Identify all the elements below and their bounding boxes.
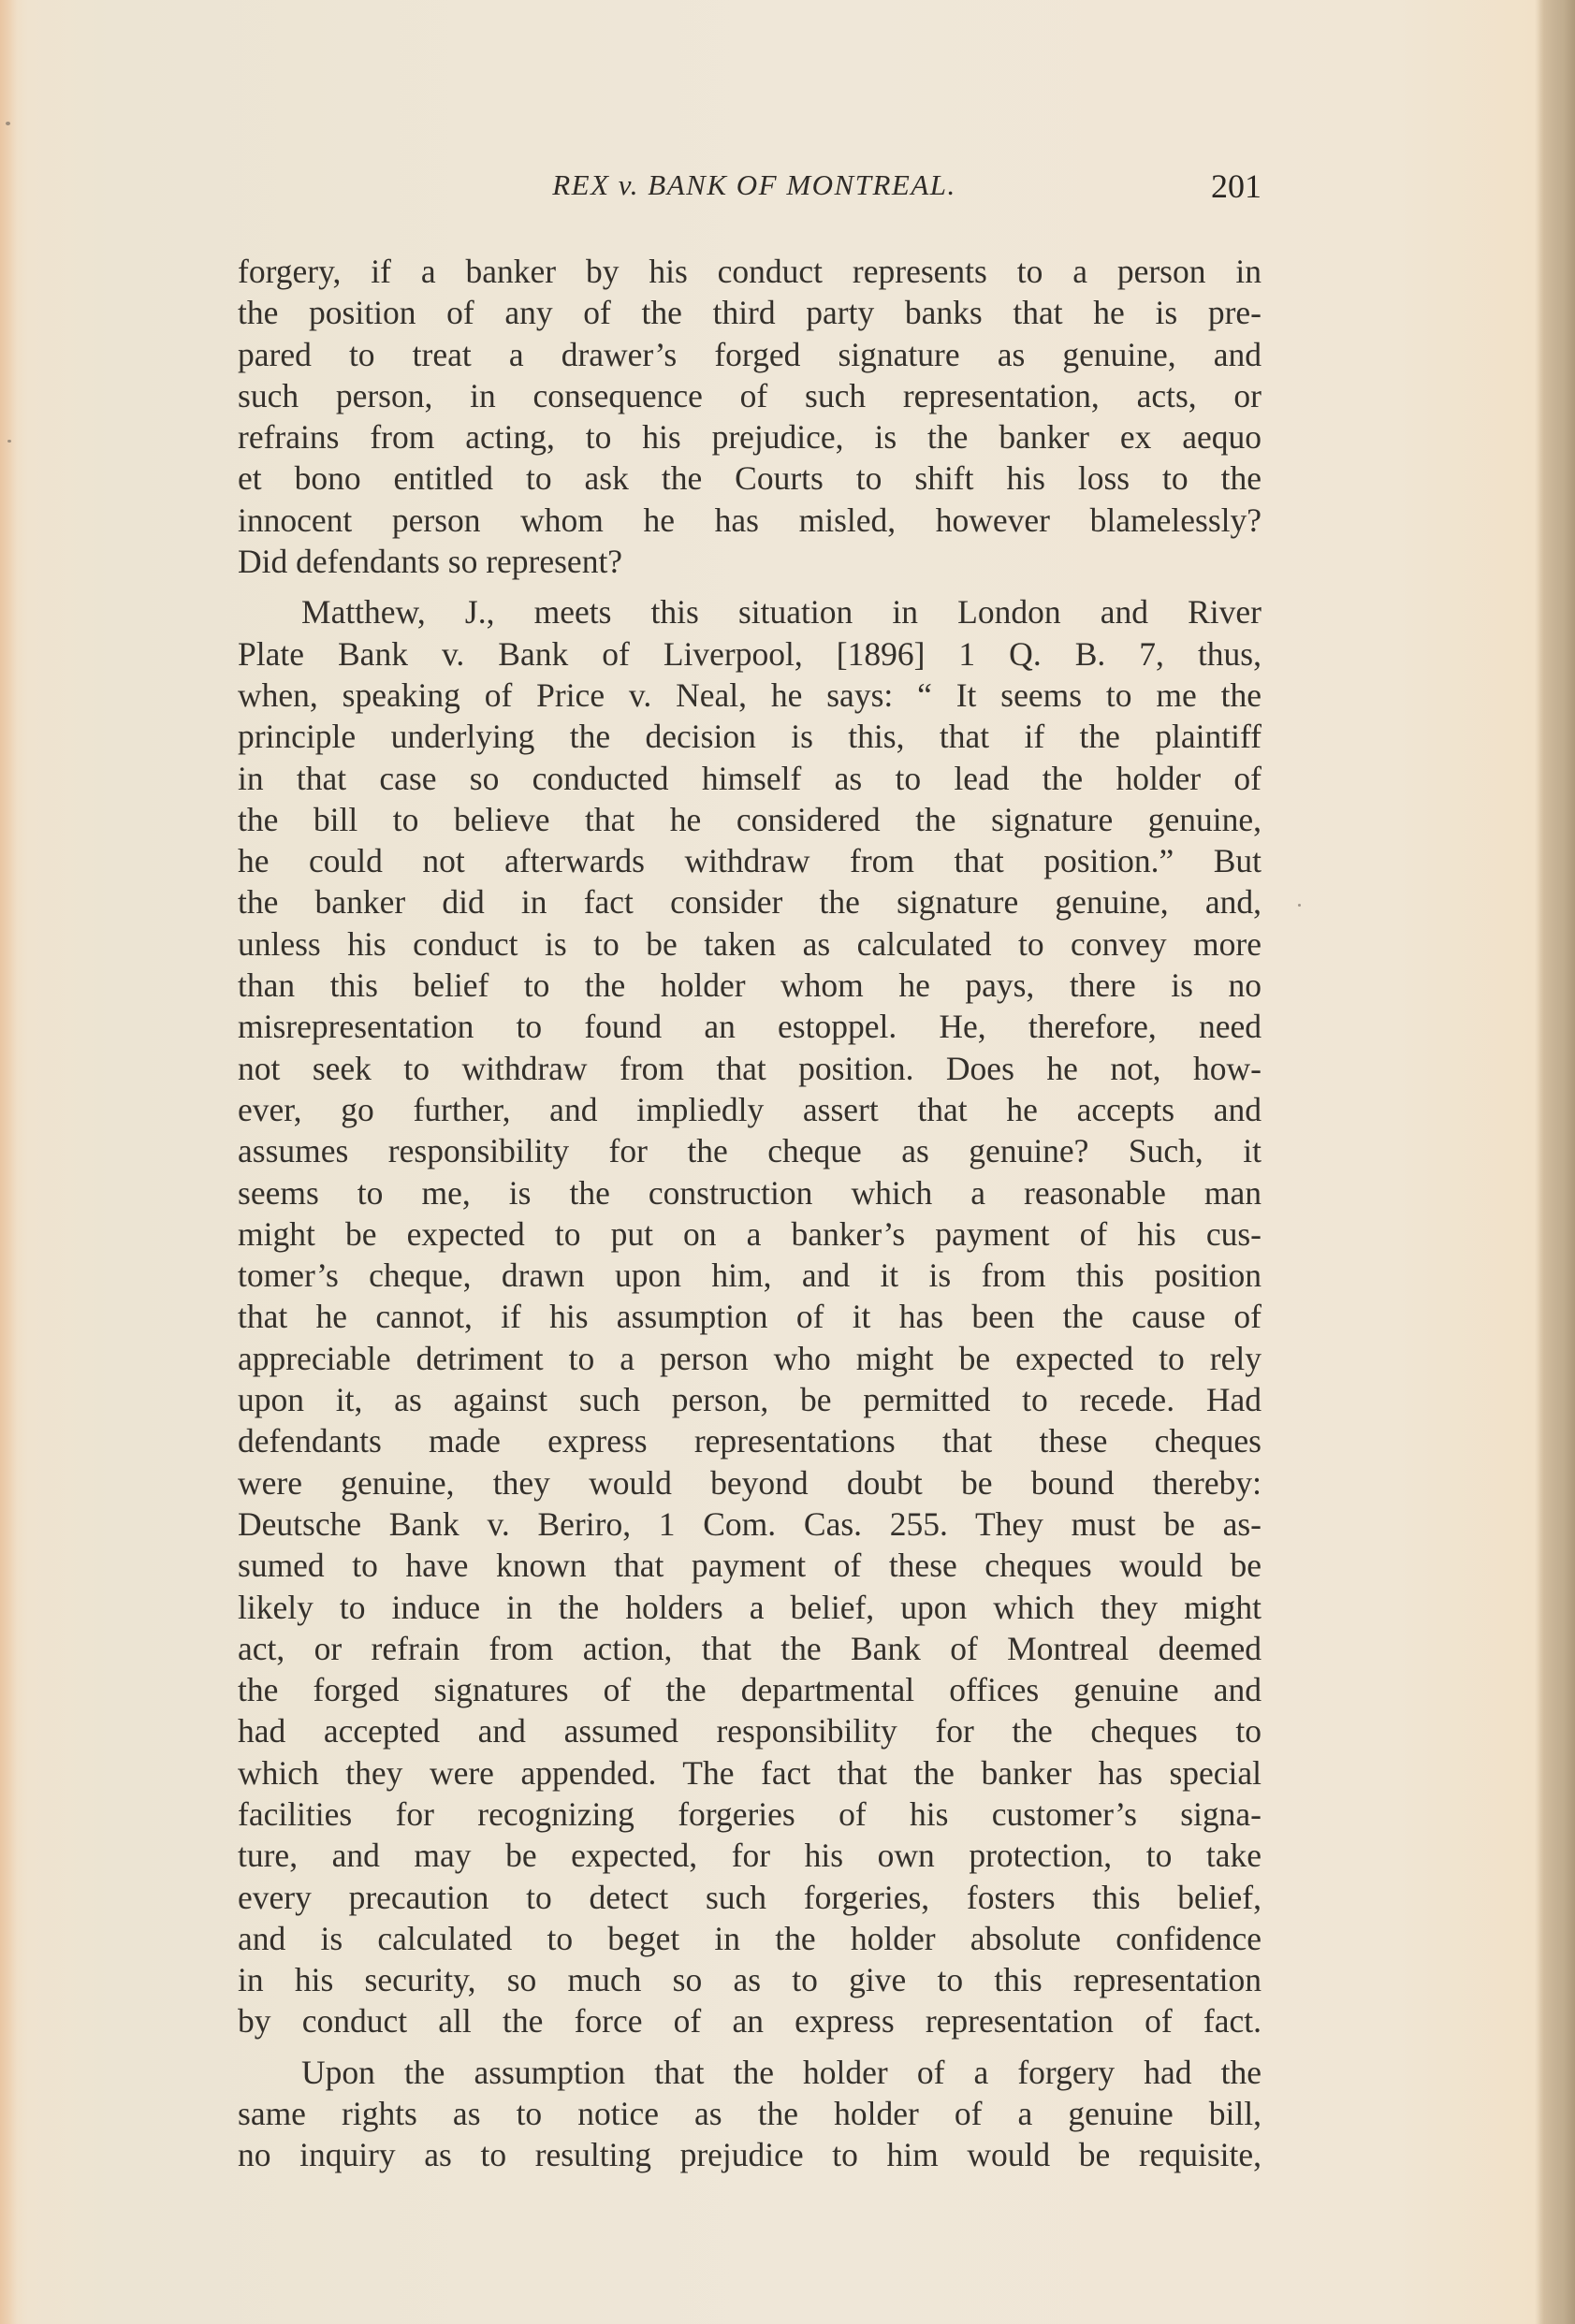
running-title: REX v. BANK OF MONTREAL.: [238, 168, 1261, 202]
text-line: sumed to have known that payment of thes…: [238, 1545, 1261, 1586]
running-head: REX v. BANK OF MONTREAL. 201: [238, 168, 1261, 215]
text-line: ture, and may be expected, for his own p…: [238, 1835, 1261, 1876]
text-line: every precaution to detect such forgerie…: [238, 1877, 1261, 1918]
scan-speck: [1298, 904, 1301, 907]
paragraph-3: Upon the assumption that the holder of a…: [238, 2052, 1261, 2176]
scan-speck: [6, 122, 10, 125]
book-page: REX v. BANK OF MONTREAL. 201 forgery, if…: [0, 0, 1575, 2324]
text-line: had accepted and assumed responsibility …: [238, 1710, 1261, 1751]
text-line: in his security, so much so as to give t…: [238, 1959, 1261, 2000]
text-line: and is calculated to beget in the holder…: [238, 1918, 1261, 1959]
text-line: the banker did in fact consider the sign…: [238, 881, 1261, 922]
text-line: no inquiry as to resulting prejudice to …: [238, 2134, 1261, 2175]
paragraph-1: forgery, if a banker by his conduct repr…: [238, 251, 1261, 582]
text-line: than this belief to the holder whom he p…: [238, 965, 1261, 1006]
text-line: Did defendants so represent?: [238, 541, 1261, 582]
text-line: et bono entitled to ask the Courts to sh…: [238, 458, 1261, 499]
text-line: act, or refrain from action, that the Ba…: [238, 1628, 1261, 1669]
text-line: which they were appended. The fact that …: [238, 1752, 1261, 1794]
text-line: same rights as to notice as the holder o…: [238, 2093, 1261, 2134]
text-line: the bill to believe that he considered t…: [238, 799, 1261, 840]
text-line: tomer’s cheque, drawn upon him, and it i…: [238, 1255, 1261, 1296]
text-line: pared to treat a drawer’s forged signatu…: [238, 334, 1261, 375]
text-line: might be expected to put on a banker’s p…: [238, 1213, 1261, 1255]
text-line: such person, in consequence of such repr…: [238, 375, 1261, 416]
text-line: when, speaking of Price v. Neal, he says…: [238, 675, 1261, 716]
text-line: the position of any of the third party b…: [238, 292, 1261, 333]
page-number: 201: [1211, 167, 1261, 206]
text-line: ever, go further, and impliedly assert t…: [238, 1089, 1261, 1130]
text-line: Plate Bank v. Bank of Liverpool, [1896] …: [238, 633, 1261, 675]
text-line: upon it, as against such person, be perm…: [238, 1379, 1261, 1420]
text-line: by conduct all the force of an express r…: [238, 2000, 1261, 2041]
text-line: Upon the assumption that the holder of a…: [238, 2052, 1261, 2093]
text-line: unless his conduct is to be taken as cal…: [238, 923, 1261, 965]
text-line: that he cannot, if his assumption of it …: [238, 1296, 1261, 1337]
text-line: refrains from acting, to his prejudice, …: [238, 416, 1261, 458]
text-line: he could not afterwards withdraw from th…: [238, 840, 1261, 881]
text-line: not seek to withdraw from that position.…: [238, 1048, 1261, 1089]
page-gutter-shadow: [0, 0, 17, 2324]
text-line: innocent person whom he has misled, howe…: [238, 500, 1261, 541]
text-line: misrepresentation to found an estoppel. …: [238, 1006, 1261, 1047]
text-line: Deutsche Bank v. Beriro, 1 Com. Cas. 255…: [238, 1503, 1261, 1545]
text-line: Matthew, J., meets this situation in Lon…: [238, 591, 1261, 632]
body-text: forgery, if a banker by his conduct repr…: [238, 251, 1261, 2186]
scan-speck: [7, 440, 11, 443]
text-line: forgery, if a banker by his conduct repr…: [238, 251, 1261, 292]
text-line: assumes responsibility for the cheque as…: [238, 1130, 1261, 1171]
page-edge-shadow: [1538, 0, 1575, 2324]
text-line: appreciable detriment to a person who mi…: [238, 1338, 1261, 1379]
text-line: seems to me, is the construction which a…: [238, 1172, 1261, 1213]
text-line: principle underlying the decision is thi…: [238, 716, 1261, 757]
text-line: likely to induce in the holders a belief…: [238, 1587, 1261, 1628]
paragraph-2: Matthew, J., meets this situation in Lon…: [238, 591, 1261, 2041]
text-line: the forged signatures of the departmenta…: [238, 1669, 1261, 1710]
text-line: in that case so conducted himself as to …: [238, 758, 1261, 799]
text-line: defendants made express representations …: [238, 1420, 1261, 1461]
text-line: facilities for recognizing forgeries of …: [238, 1794, 1261, 1835]
text-line: were genuine, they would beyond doubt be…: [238, 1462, 1261, 1503]
